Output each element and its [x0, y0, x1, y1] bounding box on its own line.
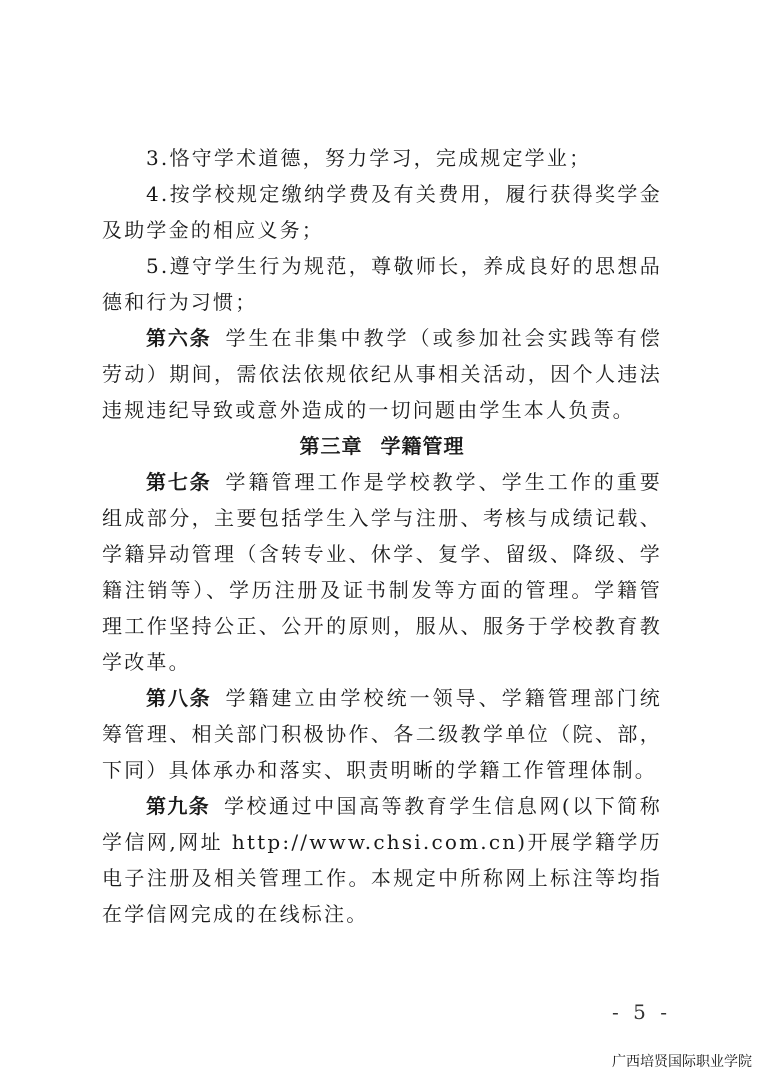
article-9-lead: 第九条 [146, 794, 210, 818]
article-8: 第八条学籍建立由学校统一领导、学籍管理部门统筹管理、相关部门积极协作、各二级教学… [102, 680, 662, 788]
document-body: 3.恪守学术道德，努力学习，完成规定学业； 4.按学校规定缴纳学费及有关费用，履… [102, 140, 662, 932]
list-item-5: 5.遵守学生行为规范，尊敬师长，养成良好的思想品德和行为习惯； [102, 248, 662, 320]
article-6: 第六条学生在非集中教学（或参加社会实践等有偿劳动）期间，需依法依规依纪从事相关活… [102, 320, 662, 428]
article-8-lead: 第八条 [146, 686, 211, 710]
footer-institution: 广西培贤国际职业学院 [612, 1051, 752, 1071]
chapter-heading: 第三章学籍管理 [102, 428, 662, 464]
list-item-4: 4.按学校规定缴纳学费及有关费用，履行获得奖学金及助学金的相应义务； [102, 176, 662, 248]
article-7: 第七条学籍管理工作是学校教学、学生工作的重要组成部分，主要包括学生入学与注册、考… [102, 464, 662, 680]
article-9: 第九条学校通过中国高等教育学生信息网(以下简称学信网,网址 http://www… [102, 788, 662, 932]
chapter-title: 学籍管理 [381, 434, 465, 458]
list-item-3: 3.恪守学术道德，努力学习，完成规定学业； [102, 140, 662, 176]
chapter-number: 第三章 [300, 434, 363, 458]
article-7-text: 学籍管理工作是学校教学、学生工作的重要组成部分，主要包括学生入学与注册、考核与成… [102, 470, 662, 674]
article-7-lead: 第七条 [146, 470, 211, 494]
article-6-lead: 第六条 [146, 326, 211, 350]
page-number: - 5 - [612, 1000, 671, 1024]
